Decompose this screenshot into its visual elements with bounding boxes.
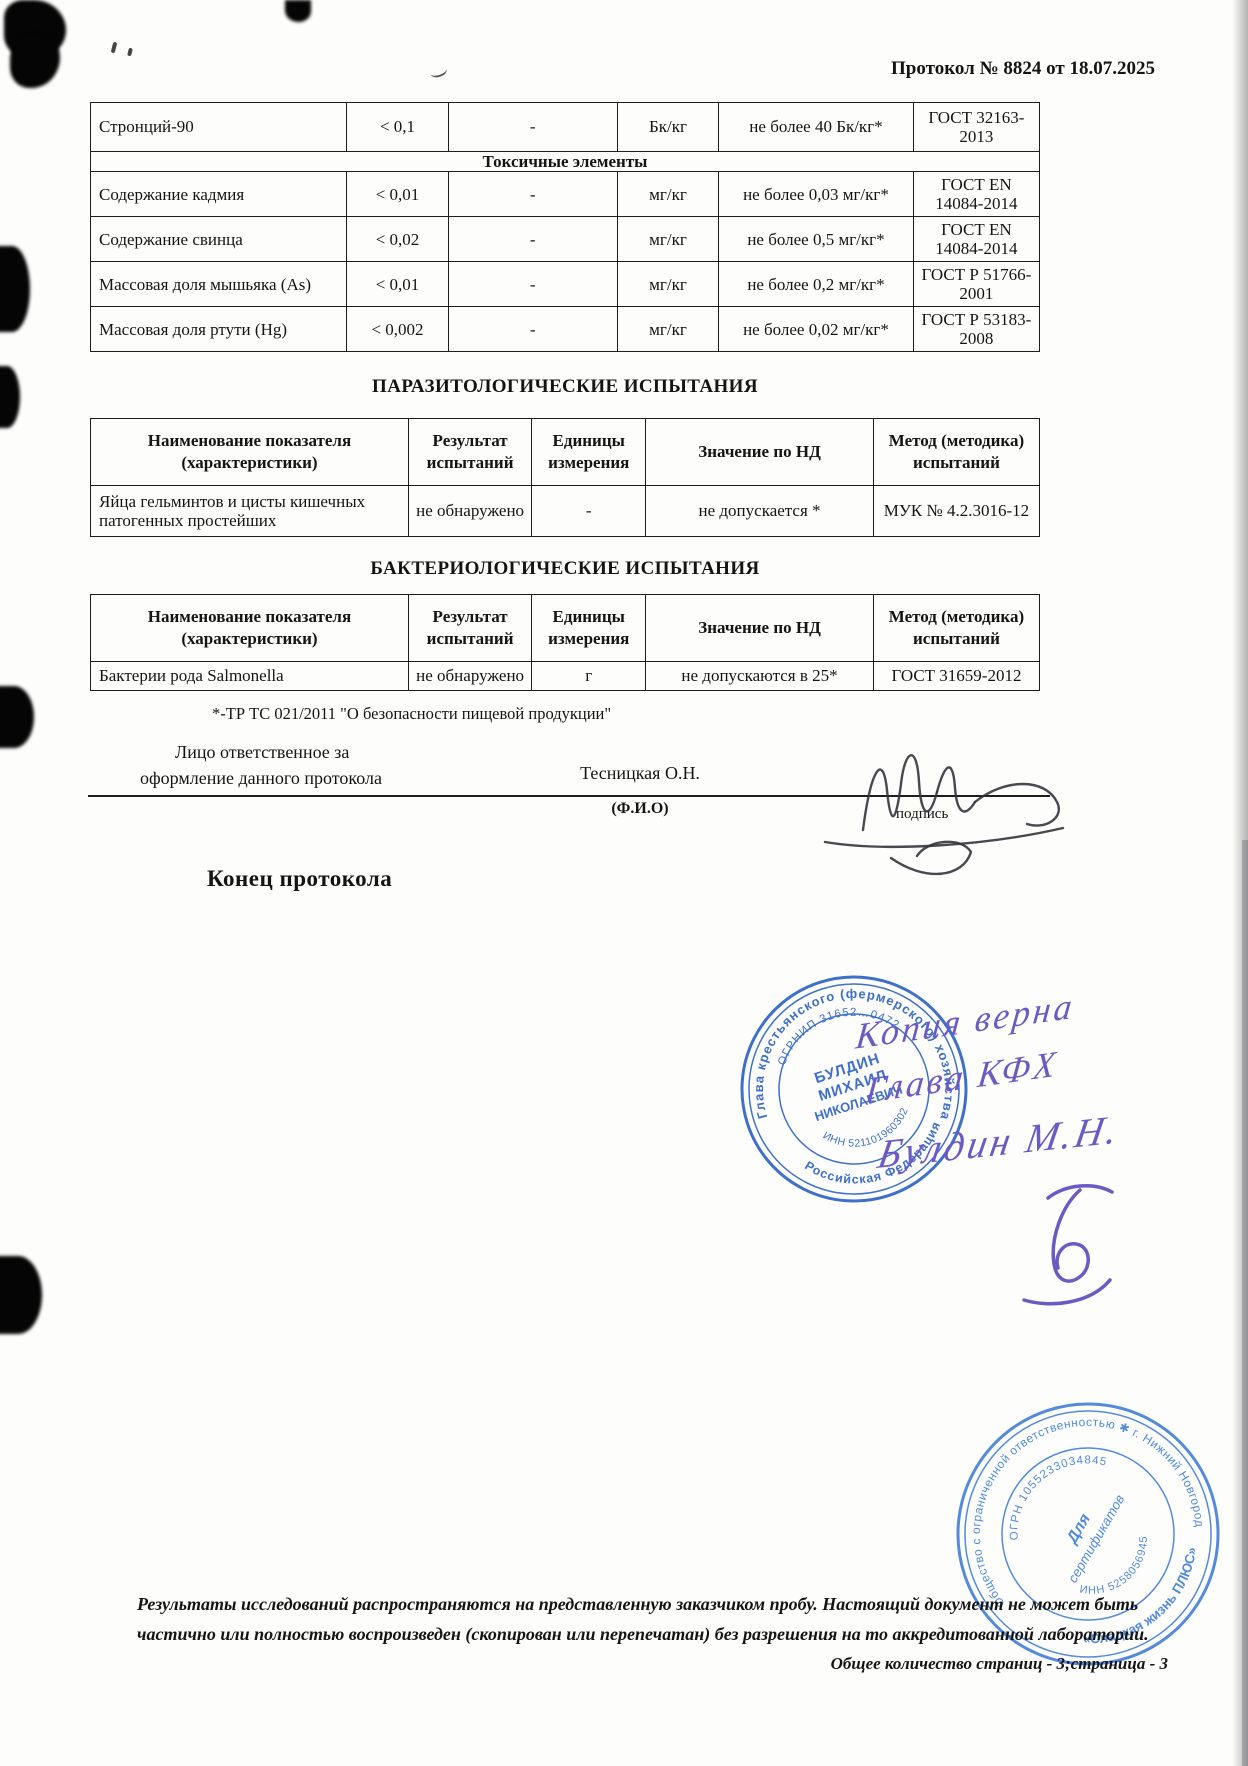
page-count: Общее количество страниц - 3;страница - … (520, 1654, 1168, 1674)
parasitology-table: Наименование показателя (характеристики)… (90, 418, 1040, 537)
table-cell: Массовая доля мышьяка (As) (91, 262, 347, 307)
table-cell: - (448, 262, 617, 307)
column-header: Результат испытаний (408, 419, 531, 486)
handwritten-signature (795, 718, 1095, 893)
column-header: Наименование показателя (характеристики) (91, 595, 409, 662)
table-cell: Содержание кадмия (91, 172, 347, 217)
table-cell: ГОСТ EN 14084-2014 (913, 217, 1039, 262)
responsible-name: Тесницкая О.Н. (500, 763, 780, 784)
table-cell: г (532, 662, 646, 691)
pen-mark (429, 64, 449, 80)
table-cell: не обнаружено (408, 486, 531, 537)
table-cell: мг/кг (617, 262, 719, 307)
table-row: Содержание кадмия< 0,01-мг/кгне более 0,… (91, 172, 1040, 217)
scan-smudge (0, 246, 30, 332)
column-header: Единицы измерения (532, 595, 646, 662)
table-cell: < 0,1 (347, 103, 449, 152)
toxic-elements-table: Стронций-90< 0,1-Бк/кгне более 40 Бк/кг*… (90, 102, 1040, 352)
table-body: Стронций-90< 0,1-Бк/кгне более 40 Бк/кг*… (91, 103, 1040, 152)
footer-disclaimer-line1: Результаты исследований распространяются… (137, 1594, 1177, 1615)
footer-disclaimer-line2: частично или полностью воспроизведен (ск… (137, 1624, 1177, 1645)
table-cell: не допускаются в 25* (646, 662, 874, 691)
column-header: Значение по НД (646, 419, 874, 486)
table-cell: МУК № 4.2.3016-12 (873, 486, 1039, 537)
protocol-header: Протокол № 8824 от 18.07.2025 (891, 58, 1155, 80)
end-of-protocol: Конец протокола (207, 866, 392, 892)
table-cell: Яйца гельминтов и цисты кишечных патоген… (91, 486, 409, 537)
stamp-inner-ring (967, 1413, 1209, 1655)
table-cell: мг/кг (617, 217, 719, 262)
table-cell: не допускается * (646, 486, 874, 537)
flourish-stroke (1053, 1190, 1088, 1281)
footnote: *-ТР ТС 021/2011 "О безопасности пищевой… (212, 704, 611, 724)
table-cell: ГОСТ Р 53183-2008 (913, 307, 1039, 352)
table-body: Содержание кадмия< 0,01-мг/кгне более 0,… (91, 172, 1040, 352)
flourish-stroke (1024, 1280, 1110, 1304)
table-row: Массовая доля ртути (Hg)< 0,002-мг/кгне … (91, 307, 1040, 352)
table-cell: ГОСТ Р 51766-2001 (913, 262, 1039, 307)
column-header: Результат испытаний (408, 595, 531, 662)
table-header: Наименование показателя (характеристики)… (91, 419, 1040, 486)
column-header: Значение по НД (646, 595, 874, 662)
table-cell: ГОСТ 31659-2012 (873, 662, 1039, 691)
table-cell: не более 0,02 мг/кг* (719, 307, 914, 352)
table-cell: не более 0,5 мг/кг* (719, 217, 914, 262)
signature-stroke (825, 828, 1063, 847)
table-cell: - (448, 103, 617, 152)
scan-smudge (0, 366, 20, 428)
table-cell: не более 40 Бк/кг* (719, 103, 914, 152)
scan-smudge (0, 686, 34, 748)
table-cell: ГОСТ EN 14084-2014 (913, 172, 1039, 217)
column-header: Единицы измерения (532, 419, 646, 486)
table-row: Стронций-90< 0,1-Бк/кгне более 40 Бк/кг*… (91, 103, 1040, 152)
table-body: Яйца гельминтов и цисты кишечных патоген… (91, 486, 1040, 537)
table-cell: - (448, 172, 617, 217)
table-cell: < 0,01 (347, 262, 449, 307)
table-cell: ГОСТ 32163-2013 (913, 103, 1039, 152)
table-body: Бактерии рода Salmonellaне обнаруженогне… (91, 662, 1040, 691)
responsible-label-line1: Лицо ответственное за (175, 742, 349, 763)
table-cell: Стронций-90 (91, 103, 347, 152)
table-cell: Бактерии рода Salmonella (91, 662, 409, 691)
page-edge-shadow (1242, 840, 1248, 1766)
table-cell: мг/кг (617, 172, 719, 217)
table-row: Яйца гельминтов и цисты кишечных патоген… (91, 486, 1040, 537)
table-header-row: Наименование показателя (характеристики)… (91, 595, 1040, 662)
section-title-parasitology: ПАРАЗИТОЛОГИЧЕСКИЕ ИСПЫТАНИЯ (90, 376, 1040, 398)
column-header: Метод (методика) испытаний (873, 595, 1039, 662)
table-cell: < 0,01 (347, 172, 449, 217)
table-cell: не более 0,03 мг/кг* (719, 172, 914, 217)
table-cell: - (448, 217, 617, 262)
scan-smudge (10, 34, 60, 88)
column-header: Метод (методика) испытаний (873, 419, 1039, 486)
table-cell: - (448, 307, 617, 352)
bacteriology-table: Наименование показателя (характеристики)… (90, 594, 1040, 691)
scan-smudge (285, 0, 311, 22)
table-cell: < 0,002 (347, 307, 449, 352)
signature-stroke (937, 767, 975, 811)
column-header: Наименование показателя (характеристики) (91, 419, 409, 486)
signature-stroke (975, 784, 1059, 826)
scanned-document-page: Протокол № 8824 от 18.07.2025 Стронций-9… (0, 0, 1248, 1766)
table-section-row: Токсичные элементы (91, 152, 1040, 172)
table-cell: - (532, 486, 646, 537)
table-cell: не более 0,2 мг/кг* (719, 262, 914, 307)
scan-smudge (0, 1256, 42, 1334)
table-body: Токсичные элементы (91, 152, 1040, 172)
table-header-row: Наименование показателя (характеристики)… (91, 419, 1040, 486)
table-cell: Бк/кг (617, 103, 719, 152)
table-header: Наименование показателя (характеристики)… (91, 595, 1040, 662)
responsible-label-line2: оформление данного протокола (140, 768, 382, 789)
table-cell: Массовая доля ртути (Hg) (91, 307, 347, 352)
table-cell: мг/кг (617, 307, 719, 352)
pen-mark (111, 42, 118, 54)
table-cell: < 0,02 (347, 217, 449, 262)
pen-mark (127, 48, 133, 57)
table-row: Бактерии рода Salmonellaне обнаруженогне… (91, 662, 1040, 691)
table-cell: не обнаружено (408, 662, 531, 691)
table-section-title: Токсичные элементы (91, 152, 1040, 172)
section-title-bacteriology: БАКТЕРИОЛОГИЧЕСКИЕ ИСПЫТАНИЯ (90, 558, 1040, 580)
name-caption: (Ф.И.О) (500, 800, 780, 818)
table-row: Массовая доля мышьяка (As)< 0,01-мг/кгне… (91, 262, 1040, 307)
signature-flourish (1010, 1178, 1130, 1313)
signature-stroke (863, 755, 937, 830)
table-cell: Содержание свинца (91, 217, 347, 262)
table-row: Содержание свинца< 0,02-мг/кгне более 0,… (91, 217, 1040, 262)
